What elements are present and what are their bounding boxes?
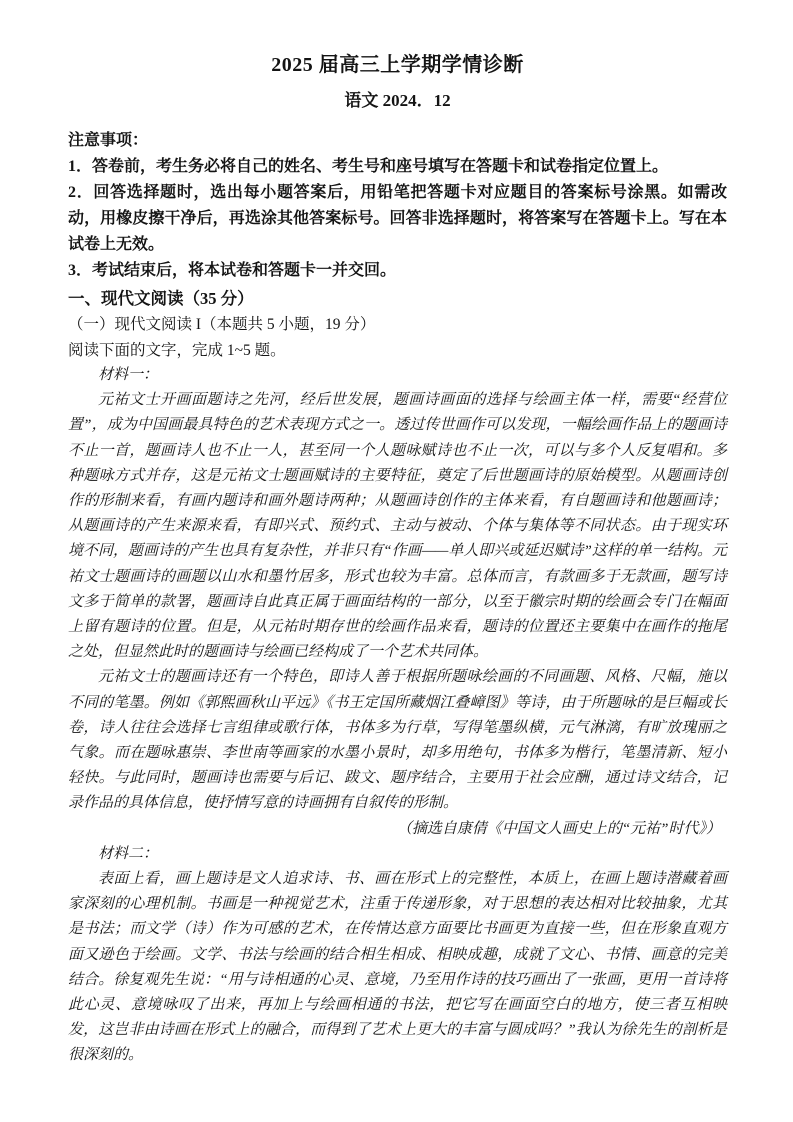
exam-title: 2025 届高三上学期学情诊断 [68, 50, 727, 80]
material-two-label: 材料二： [68, 842, 727, 867]
exam-paper-page: 2025 届高三上学期学情诊断 语文 2024．12 注意事项： 1．答卷前，考… [0, 0, 793, 1122]
material-one-paragraph-2: 元祐文士的题画诗还有一个特色，即诗人善于根据所题咏绘画的不同画题、风格、尺幅，施… [68, 665, 727, 816]
material-one-block: 材料一： 元祐文士开画面题诗之先河，经后世发展，题画诗画面的选择与绘画主体一样，… [68, 363, 727, 842]
exam-subtitle: 语文 2024．12 [68, 86, 727, 116]
material-one-label: 材料一： [68, 363, 727, 388]
notice-item-3: 3．考试结束后，将本试卷和答题卡一并交回。 [68, 258, 727, 284]
material-two-block: 材料二： 表面上看，画上题诗是文人追求诗、书、画在形式上的完整性，本质上，在画上… [68, 842, 727, 1069]
notice-item-1: 1．答卷前，考生务必将自己的姓名、考生号和座号填写在答题卡和试卷指定位置上。 [68, 154, 727, 180]
section-heading: 一、现代文阅读（35 分） [68, 285, 727, 312]
notices-heading: 注意事项： [68, 128, 727, 154]
section-subheading: （一）现代文阅读 I（本题共 5 小题，19 分） [68, 312, 727, 338]
notices-block: 注意事项： 1．答卷前，考生务必将自己的姓名、考生号和座号填写在答题卡和试卷指定… [68, 128, 727, 284]
reading-instruction: 阅读下面的文字，完成 1~5 题。 [68, 338, 727, 364]
material-one-paragraph-1: 元祐文士开画面题诗之先河，经后世发展，题画诗画面的选择与绘画主体一样，需要“经营… [68, 388, 727, 665]
material-one-attribution: （摘选自康倩《中国文人画史上的“元祐”时代》） [68, 817, 727, 842]
notice-item-2: 2．回答选择题时，选出每小题答案后，用铅笔把答题卡对应题目的答案标号涂黑。如需改… [68, 180, 727, 258]
section-one-block: 一、现代文阅读（35 分） （一）现代文阅读 I（本题共 5 小题，19 分） … [68, 285, 727, 363]
material-two-paragraph-1: 表面上看，画上题诗是文人追求诗、书、画在形式上的完整性，本质上，在画上题诗潜藏着… [68, 867, 727, 1069]
